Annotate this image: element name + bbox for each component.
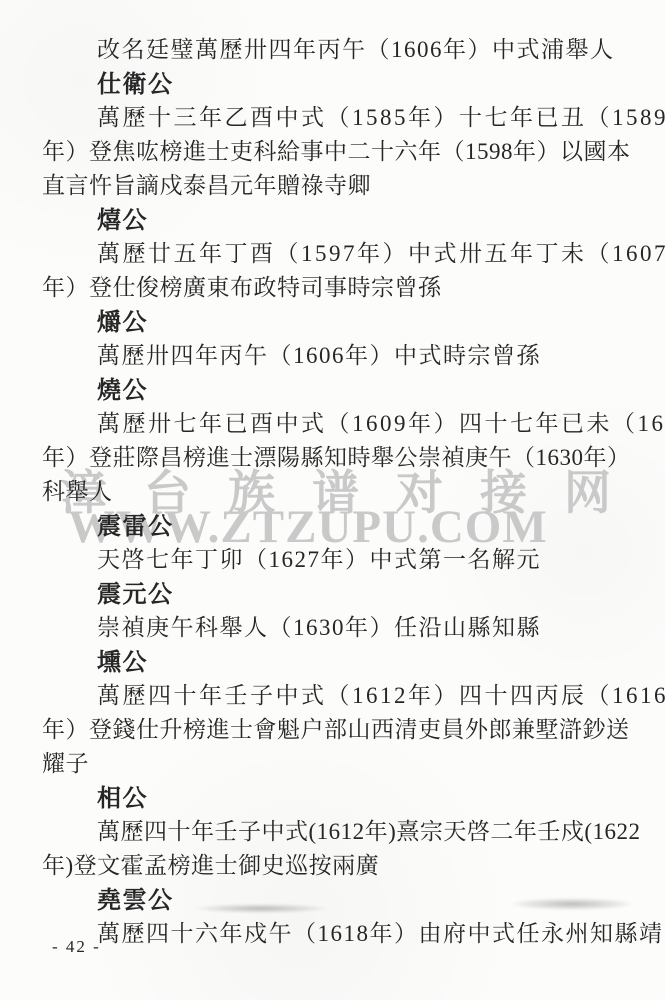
section-heading: 震元公	[42, 577, 625, 611]
text-line: 崇禎庚午科舉人（1630年）任沿山縣知縣	[42, 611, 625, 645]
text-line: 年）登莊際昌榜進士漂陽縣知時舉公崇禎庚午（1630年）	[42, 441, 625, 475]
text-line: 直言忤旨謫戍泰昌元年贈祿寺卿	[42, 169, 625, 203]
text-line: 天啓七年丁卯（1627年）中式第一名解元	[42, 543, 625, 577]
section-heading: 爝公	[42, 305, 625, 339]
text-line: 耀子	[42, 747, 625, 781]
page-number: - 42 -	[52, 937, 101, 957]
text-line: 年)登文霍孟榜進士御史巡按兩廣	[42, 849, 625, 883]
section-heading: 熺公	[42, 203, 625, 237]
text-line: 萬歷四十年壬子中式（1612年）四十四丙辰（1616	[42, 679, 625, 713]
section-heading: 相公	[42, 781, 625, 815]
text-line: 萬歷十三年乙酉中式（1585年）十七年已丑（1589	[42, 101, 625, 135]
text-line: 年）登錢仕升榜進士會魁户部山西清吏員外郎兼墅滸鈔送	[42, 713, 625, 747]
section-heading: 壎公	[42, 645, 625, 679]
text-line: 萬歷卅四年丙午（1606年）中式時宗曾孫	[42, 339, 625, 373]
scanned-genealogy-page: 漳台族谱对接网 WWW.ZTZUPU.COM 改名廷璧萬歷卅四年丙午（1606年…	[0, 0, 665, 1000]
section-heading: 燒公	[42, 373, 625, 407]
text-line: 科舉人	[42, 475, 625, 509]
section-heading: 堯雲公	[42, 883, 625, 917]
text-line: 改名廷璧萬歷卅四年丙午（1606年）中式浦舉人	[42, 33, 625, 67]
text-line: 年）登仕俊榜廣東布政特司事時宗曾孫	[42, 271, 625, 305]
text-line: 萬歷四十年壬子中式(1612年)熹宗天啓二年壬戍(1622	[42, 815, 625, 849]
text-line: 萬歷四十六年戍午（1618年）由府中式任永州知縣靖	[42, 917, 625, 951]
text-line: 萬歷廿五年丁酉（1597年）中式卅五年丁未（1607	[42, 237, 625, 271]
section-heading: 震雷公	[42, 509, 625, 543]
document-text-block: 改名廷璧萬歷卅四年丙午（1606年）中式浦舉人仕衛公萬歷十三年乙酉中式（1585…	[0, 0, 665, 951]
section-heading: 仕衛公	[42, 67, 625, 101]
text-line: 年）登焦吰榜進士吏科給事中二十六年（1598年）以國本	[42, 135, 625, 169]
text-line: 萬歷卅七年已酉中式（1609年）四十七年已未（1619	[42, 407, 625, 441]
